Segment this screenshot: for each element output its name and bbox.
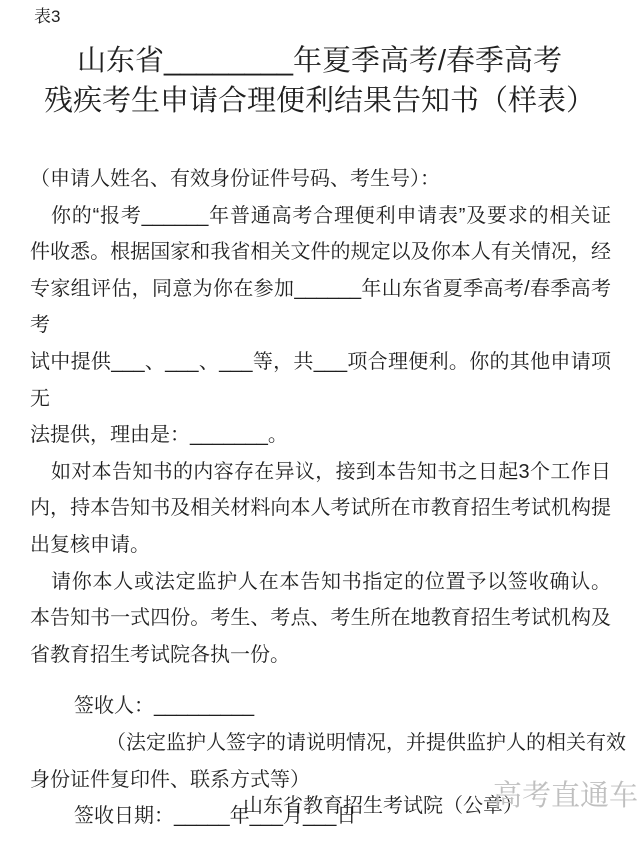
- body-line: 你的“报考______年普通高考合理便利申请表”及要求的相关证: [30, 198, 611, 235]
- document-body: （申请人姓名、有效身份证件号码、考生号）： 你的“报考______年普通高考合理…: [30, 161, 611, 835]
- body-line: 请你本人或法定监护人在本告知书指定的位置予以签收确认。: [30, 564, 611, 601]
- body-line: 法提供，理由是：_______。: [30, 417, 611, 454]
- notice-document-page: 表3 山东省________年夏季高考/春季高考 残疾考生申请合理便利结果告知书…: [0, 0, 639, 843]
- issuing-authority-seal-line: 山东省教育招生考试院（公章）: [243, 792, 523, 820]
- body-line: 专家组评估，同意为你在参加______年山东省夏季高考/春季高考考: [30, 271, 611, 344]
- guardian-note-line-1: （法定监护人签字的请说明情况，并提供监护人的相关有效: [30, 725, 611, 762]
- document-title-line2: 残疾考生申请合理便利结果告知书（样表）: [0, 81, 639, 121]
- spacer: [30, 673, 611, 688]
- body-line: 出复核申请。: [30, 527, 611, 564]
- document-title: 山东省________年夏季高考/春季高考 残疾考生申请合理便利结果告知书（样表…: [0, 41, 639, 121]
- gaokao-zhitongche-watermark: 高考直通车: [493, 779, 638, 813]
- body-line: 如对本告知书的内容存在异议，接到本告知书之日起3个工作日: [30, 454, 611, 491]
- body-line: 件收悉。根据国家和我省相关文件的规定以及你本人有关情况，经: [30, 234, 611, 271]
- body-line: 省教育招生考试院各执一份。: [30, 637, 611, 674]
- body-line: 试中提供___、___、___等，共___项合理便利。你的其他申请项无: [30, 344, 611, 417]
- signee-blank-line: 签收人：_________: [30, 688, 611, 725]
- body-line: 本告知书一式四份。考生、考点、考生所在地教育招生考试机构及: [30, 600, 611, 637]
- table-number-label: 表3: [34, 6, 60, 28]
- salutation-line: （申请人姓名、有效身份证件号码、考生号）：: [30, 161, 611, 198]
- document-title-line1: 山东省________年夏季高考/春季高考: [0, 41, 639, 81]
- body-line: 内，持本告知书及相关材料向本人考试所在市教育招生考试机构提: [30, 490, 611, 527]
